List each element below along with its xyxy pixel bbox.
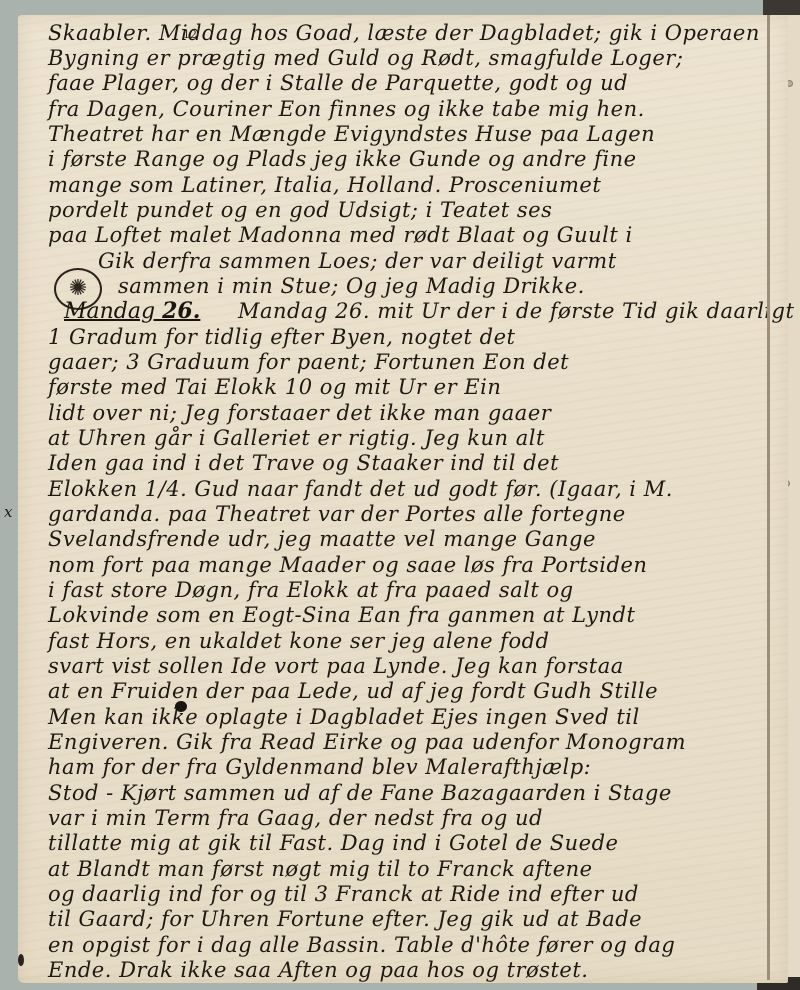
ink-blot: [175, 701, 187, 712]
text-line: 1 Gradum for tidlig efter Byen, nogtet d…: [48, 325, 516, 349]
text-line: tillatte mig at gik til Fast. Dag ind i …: [48, 831, 618, 855]
page-gutter: [767, 15, 770, 980]
margin-mark: x: [4, 503, 12, 521]
text-line: svart vist sollen Ide vort paa Lynde. Je…: [48, 654, 624, 678]
manuscript-page: 12 Skaabler. Middag hos Goad, læste der …: [18, 15, 788, 983]
text-line: Elokken 1/4. Gud naar fandt det ud godt …: [48, 477, 673, 501]
text-line: Skaabler. Middag hos Goad, læste der Dag…: [48, 21, 760, 45]
text-line: til Gaard; for Uhren Fortune efter. Jeg …: [48, 907, 642, 931]
text-line: Gik derfra sammen Loes; der var deiligt …: [98, 249, 617, 273]
text-line: i fast store Døgn, fra Elokk at fra paae…: [48, 578, 574, 602]
text-line: at en Fruiden der paa Lede, ud af jeg fo…: [48, 679, 658, 703]
text-line: Lokvinde som en Eogt-Sina Ean fra ganmen…: [48, 603, 635, 627]
backdrop-corner-top: [763, 0, 800, 16]
text-line: Men kan ikke oplagte i Dagbladet Ejes in…: [48, 705, 640, 729]
date-heading: Mandag 26.: [64, 298, 200, 324]
text-line: og daarlig ind for og til 3 Franck at Ri…: [48, 882, 639, 906]
text-line: gaaer; 3 Graduum for paent; Fortunen Eon…: [48, 350, 569, 374]
date-day: 26.: [162, 298, 200, 324]
ink-blot: [18, 954, 24, 966]
text-line: Theatret har en Mængde Evigyndstes Huse …: [48, 122, 655, 146]
text-line: Stod - Kjørt sammen ud af de Fane Bazaga…: [48, 781, 672, 805]
text-line: en opgist for i dag alle Bassin. Table d…: [48, 933, 675, 957]
text-line: Engiveren. Gik fra Read Eirke og paa ude…: [48, 730, 686, 754]
text-line: at Uhren går i Galleriet er rigtig. Jeg …: [48, 426, 545, 450]
text-line: mange som Latiner, Italia, Holland. Pros…: [48, 173, 601, 197]
text-line: lidt over ni; Jeg forstaaer det ikke man…: [48, 401, 551, 425]
text-line: pordelt pundet og en god Udsigt; i Teate…: [48, 198, 552, 222]
text-line: Iden gaa ind i det Trave og Staaker ind …: [48, 451, 559, 475]
text-line: paa Loftet malet Madonna med rødt Blaat …: [48, 223, 633, 247]
text-line: fast Hors, en ukaldet kone ser jeg alene…: [48, 629, 549, 653]
text-line: faae Plager, og der i Stalle de Parquett…: [48, 71, 628, 95]
text-line: nom fort paa mange Maader og saae løs fr…: [48, 553, 647, 577]
text-line: Mandag 26. mit Ur der i de første Tid gi…: [238, 299, 794, 323]
text-line: Svelandsfrende udr, jeg maatte vel mange…: [48, 527, 596, 551]
text-line: Ende. Drak ikke saa Aften og paa hos og …: [48, 958, 588, 982]
text-line: gardanda. paa Theatret var der Portes al…: [48, 502, 626, 526]
text-line: første med Tai Elokk 10 og mit Ur er Ein: [48, 375, 501, 399]
text-line: var i min Term fra Gaag, der nedst fra o…: [48, 806, 543, 830]
date-weekday: Mandag: [64, 299, 155, 324]
text-line: i første Range og Plads jeg ikke Gunde o…: [48, 147, 637, 171]
text-line: sammen i min Stue; Og jeg Madig Drikke.: [118, 274, 585, 298]
text-line: fra Dagen, Couriner Eon finnes og ikke t…: [48, 97, 645, 121]
text-line: ham for der fra Gyldenmand blev Maleraft…: [48, 755, 591, 779]
text-line: Bygning er prægtig med Guld og Rødt, sma…: [48, 46, 683, 70]
text-line: at Blandt man først nøgt mig til to Fran…: [48, 857, 593, 881]
